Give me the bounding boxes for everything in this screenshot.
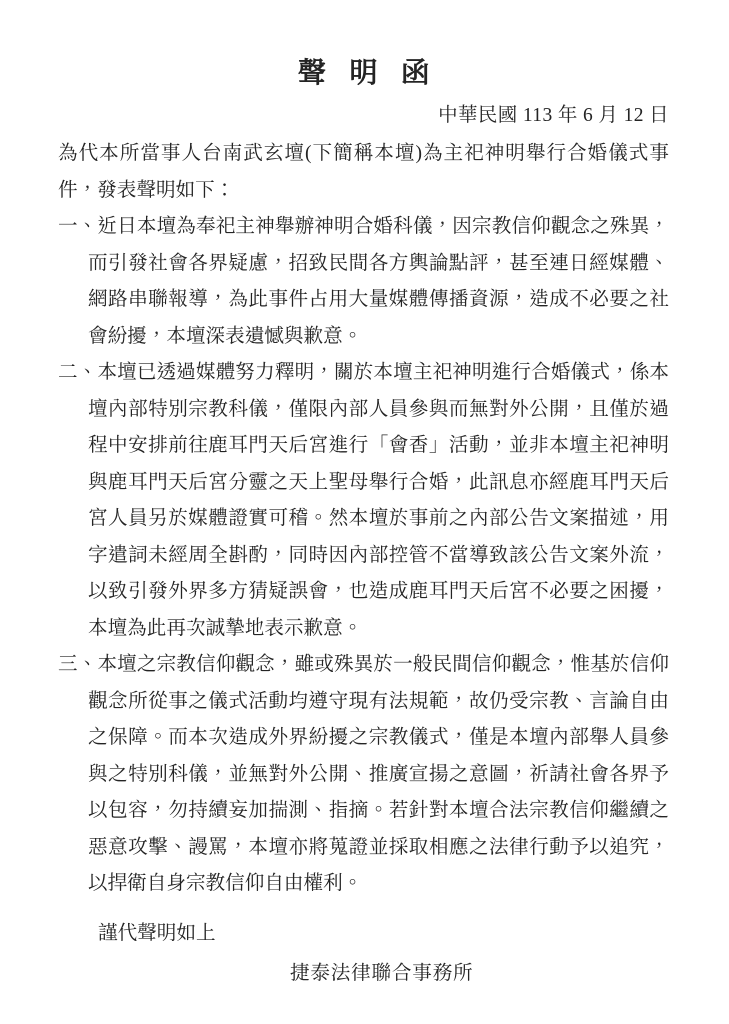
item-2-text: 本壇已透過媒體努力釋明，關於本壇主祀神明進行合婚儀式，係本壇內部特別宗教科儀，僅… (88, 362, 669, 639)
page-title-text: 聲明函 (298, 54, 453, 94)
statement-document: 聲明函 中華民國 113 年 6 月 12 日 為代本所當事人台南武玄壇(下簡稱… (0, 0, 729, 1024)
signature-line: 捷泰法律聯合事務所 (58, 956, 669, 993)
closing-line: 謹代聲明如上 (58, 916, 669, 953)
statement-date: 中華民國 113 年 6 月 12 日 (58, 103, 669, 129)
statement-item-1: 一、近日本壇為奉祀主神舉辦神明合婚科儀，因宗教信仰觀念之殊異，而引發社會各界疑慮… (58, 209, 669, 355)
item-2-marker: 二、 (58, 362, 97, 383)
statement-body: 為代本所當事人台南武玄壇(下簡稱本壇)為主祀神明舉行合婚儀式事件，發表聲明如下：… (58, 136, 669, 903)
item-3-text: 本壇之宗教信仰觀念，雖或殊異於一般民間信仰觀念，惟基於信仰觀念所從事之儀式活動均… (88, 654, 669, 894)
page-title: 聲明函 (58, 54, 669, 94)
statement-item-3: 三、本壇之宗教信仰觀念，雖或殊異於一般民間信仰觀念，惟基於信仰觀念所從事之儀式活… (58, 647, 669, 903)
statement-item-2: 二、本壇已透過媒體努力釋明，關於本壇主祀神明進行合婚儀式，係本壇內部特別宗教科儀… (58, 355, 669, 647)
item-1-text: 近日本壇為奉祀主神舉辦神明合婚科儀，因宗教信仰觀念之殊異，而引發社會各界疑慮，招… (88, 216, 669, 347)
statement-intro: 為代本所當事人台南武玄壇(下簡稱本壇)為主祀神明舉行合婚儀式事件，發表聲明如下： (58, 136, 669, 209)
item-3-marker: 三、 (58, 654, 97, 675)
item-1-marker: 一、 (58, 216, 97, 237)
